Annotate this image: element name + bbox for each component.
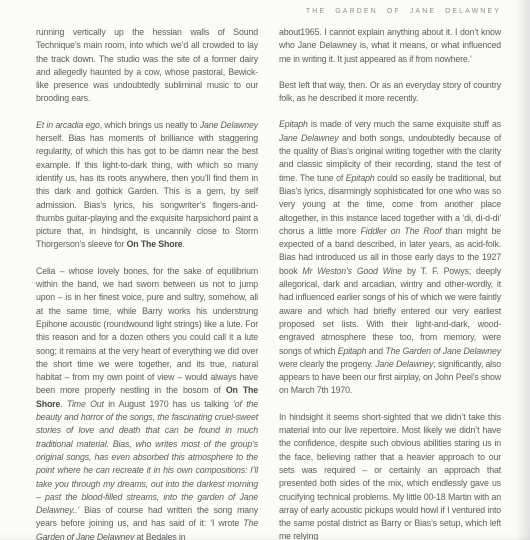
page-edge-shadow	[516, 0, 530, 540]
paragraph: In hindsight it seems short-sighted that…	[279, 411, 501, 540]
paragraph: Celia – whose lovely bones, for the sake…	[36, 265, 258, 540]
paragraph: Best left that way, then. Or as an every…	[279, 79, 501, 106]
paragraph: Epitaph is made of very much the same ex…	[279, 118, 501, 397]
liner-notes-page: THE GARDEN OF JANE DELAWNEY running vert…	[0, 0, 530, 540]
paragraph: about1965. I cannot explain anything abo…	[279, 26, 501, 66]
page-header-title: THE GARDEN OF JANE DELAWNEY	[306, 8, 501, 15]
right-column: about1965. I cannot explain anything abo…	[279, 26, 501, 540]
paragraph: running vertically up the hessian walls …	[36, 26, 258, 106]
text-columns: running vertically up the hessian walls …	[36, 26, 501, 540]
paragraph: Et in arcadia ego, which brings us neatl…	[36, 119, 258, 252]
left-column: running vertically up the hessian walls …	[36, 26, 258, 540]
